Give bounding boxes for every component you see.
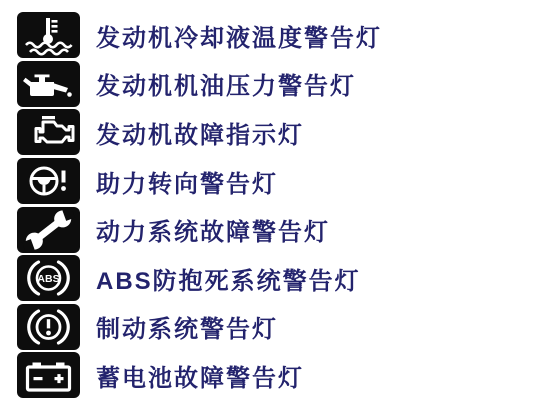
warning-light-label: 动力系统故障警告灯 xyxy=(96,212,330,247)
legend-row-brake: 制动系统警告灯 xyxy=(17,303,550,352)
legend-row-coolant: 发动机冷却液温度警告灯 xyxy=(17,11,550,60)
legend-row-engine: 发动机故障指示灯 xyxy=(17,108,550,157)
warning-light-label: 助力转向警告灯 xyxy=(96,164,278,199)
legend-row-powertrain: 动力系统故障警告灯 xyxy=(17,205,550,254)
legend-row-abs: ABS ABS防抱死系统警告灯 xyxy=(17,254,550,303)
legend-row-battery: 蓄电池故障警告灯 xyxy=(17,351,550,400)
oil-pressure-icon xyxy=(17,61,80,107)
abs-icon: ABS xyxy=(17,255,80,301)
brake-system-icon xyxy=(17,304,80,350)
check-engine-icon xyxy=(17,109,80,155)
powertrain-fault-icon xyxy=(17,207,80,253)
warning-light-label: ABS防抱死系统警告灯 xyxy=(96,261,361,296)
warning-lights-legend: 发动机冷却液温度警告灯 发动机机油压力警告灯 发动机故障指示灯 xyxy=(0,0,550,402)
warning-light-label: 发动机机油压力警告灯 xyxy=(96,66,356,101)
warning-light-label: 制动系统警告灯 xyxy=(96,309,278,344)
warning-light-label: 发动机故障指示灯 xyxy=(96,115,304,150)
battery-icon xyxy=(17,352,80,398)
legend-row-steering: 助力转向警告灯 xyxy=(17,157,550,206)
legend-row-oil: 发动机机油压力警告灯 xyxy=(17,60,550,109)
warning-light-label: 发动机冷却液温度警告灯 xyxy=(96,18,382,53)
abs-icon-text: ABS xyxy=(37,273,59,285)
warning-light-label: 蓄电池故障警告灯 xyxy=(96,358,304,393)
coolant-temperature-icon xyxy=(17,12,80,58)
power-steering-icon xyxy=(17,158,80,204)
